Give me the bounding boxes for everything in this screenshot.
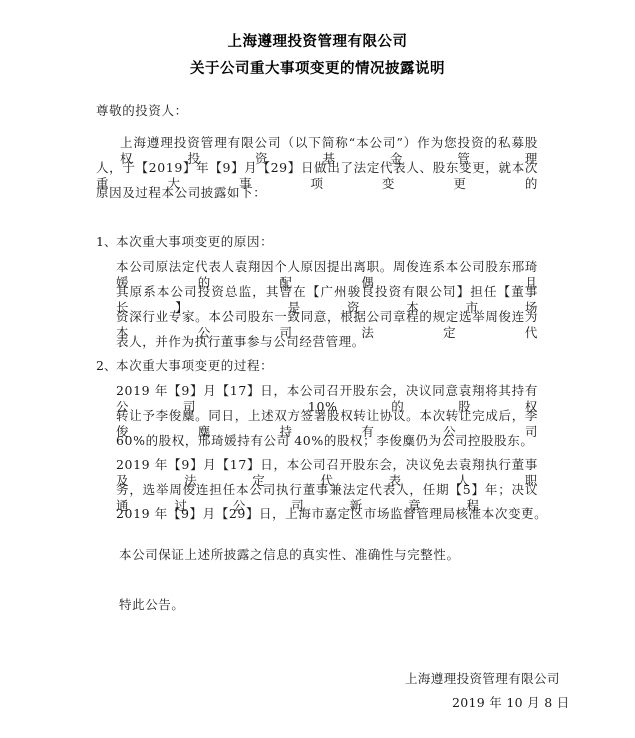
company-name-heading: 上海遵理投资管理有限公司	[0, 30, 635, 51]
guarantee-statement: 本公司保证上述所披露之信息的真实性、准确性与完整性。	[119, 547, 460, 563]
signature-date: 2019 年 10 月 8 日	[452, 695, 570, 711]
section-line: 60%的股权，邢琦媛持有公司 40%的股权；李俊麋仍为公司控股股东。	[116, 433, 533, 449]
signature-company: 上海遵理投资管理有限公司	[405, 671, 560, 687]
section-line: 2019 年【9】月【29】日，上海市嘉定区市场监督管理局核准本次变更。	[116, 506, 547, 522]
document-title: 关于公司重大事项变更的情况披露说明	[0, 57, 635, 78]
closing-statement: 特此公告。	[119, 597, 185, 613]
section-heading: 本次重大事项变更的原因：	[116, 234, 273, 250]
section-line: 表人，并作为执行董事参与公司经营管理。	[116, 334, 365, 350]
intro-line: 原因及过程本公司披露如下：	[96, 185, 266, 201]
section-number: 1、	[96, 234, 116, 250]
greeting: 尊敬的投资人：	[96, 103, 188, 119]
section-heading: 本次重大事项变更的过程：	[116, 358, 273, 374]
section-number: 2、	[96, 358, 116, 374]
